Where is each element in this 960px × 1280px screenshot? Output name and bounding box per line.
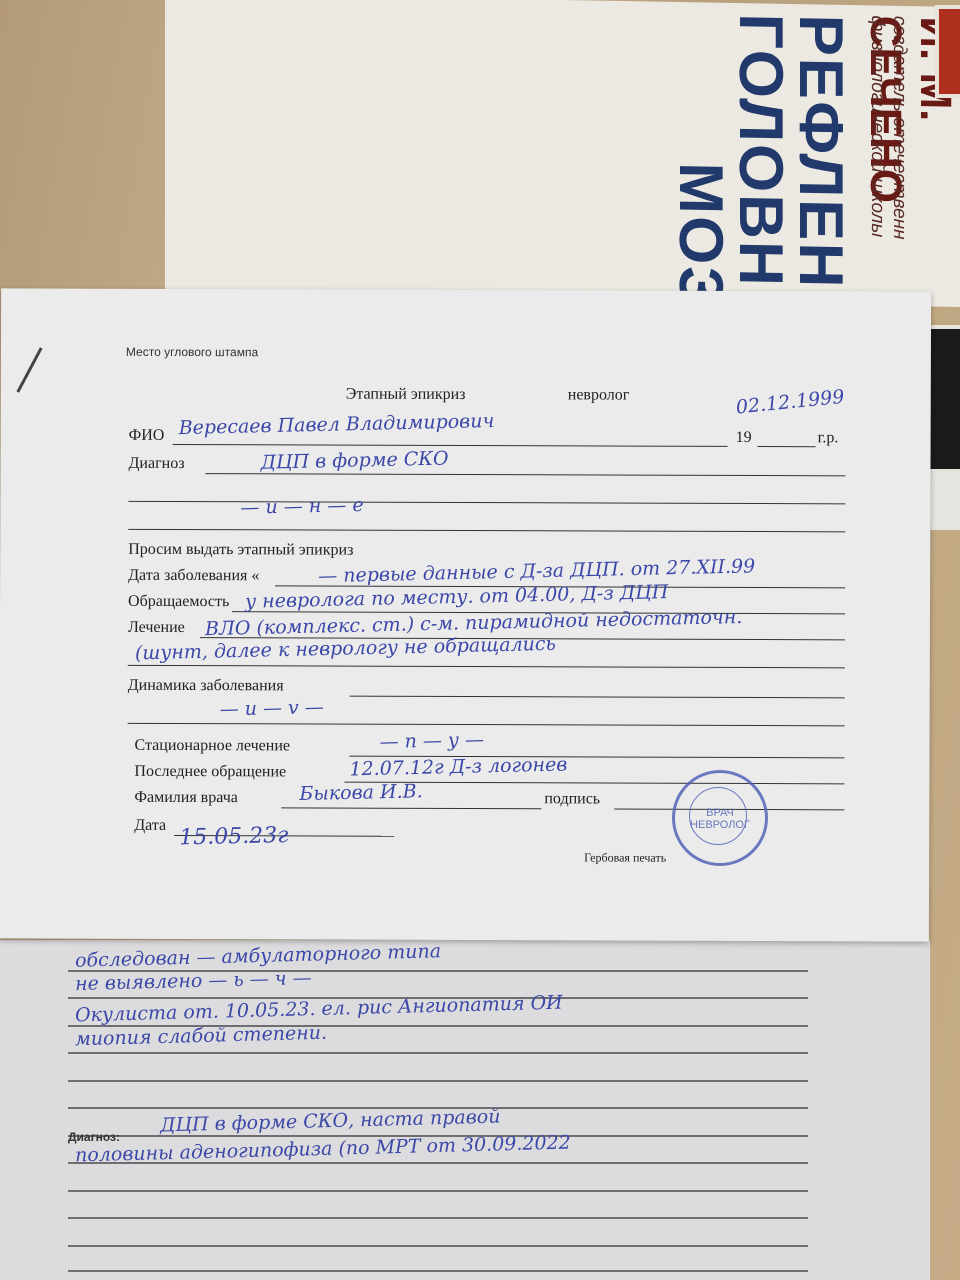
onset-date-label: Дата заболевания «	[128, 567, 259, 585]
book-cover: И. М. СЕЧЕНО создатель отечественн физио…	[165, 0, 960, 307]
sheet2-line-1: обследован — амбулаторного типа	[75, 940, 442, 972]
doctor-label: Фамилия врача	[134, 789, 238, 807]
birth-suffix: г.р.	[818, 429, 839, 447]
fio-value: Вересаев Павел Владимирович	[178, 410, 494, 439]
seal-label: Гербовая печать	[584, 850, 666, 865]
sheet2-diagnosis-value: ДЦП в форме СКО, наста правой	[160, 1106, 501, 1137]
dynamics-value: — и — v —	[219, 696, 324, 720]
inpatient-label: Стационарное лечение	[135, 737, 291, 756]
fio-label: ФИО	[129, 427, 165, 445]
stamp-text: ВРАЧ НЕВРОЛОГ	[675, 807, 765, 831]
treatment-value-2: (шунт, далее к неврологу не обращались	[135, 633, 556, 665]
treatment-label: Лечение	[128, 619, 185, 637]
diagnosis-extra: — и — н — е	[240, 494, 364, 519]
signature-label: подпись	[544, 790, 600, 808]
diagnosis-value: ДЦП в форме СКО	[260, 447, 449, 473]
date-label: Дата	[134, 817, 166, 835]
dynamics-label: Динамика заболевания	[128, 677, 284, 696]
form-title: Этапный эпикриз	[346, 386, 466, 404]
inpatient-value: — п — у —	[379, 729, 484, 753]
last-visit-value: 12.07.12г Д-з логонев	[349, 754, 567, 781]
doctor-value: Быкова И.В.	[299, 780, 423, 805]
birth-prefix: 19	[736, 429, 752, 447]
last-visit-label: Последнее обращение	[134, 763, 286, 782]
birth-date-value: 02.12.1999	[735, 386, 845, 419]
form-specialty: невролог	[568, 386, 630, 404]
book-subtitle-2: физиологической школы	[866, 15, 888, 237]
sheet2-diagnosis-label: Диагноз:	[68, 1130, 120, 1144]
request-label: Просим выдать этапный эпикриз	[128, 541, 353, 560]
date-value: 15.05.23г	[179, 823, 289, 850]
visits-label: Обращаемость	[128, 593, 229, 611]
diagnosis-label: Диагноз	[128, 455, 184, 473]
side-picture-top	[935, 5, 960, 98]
book-title-2: ГОЛОВН	[730, 13, 790, 288]
epicrisis-form: Место углового штампа Этапный эпикриз не…	[0, 288, 931, 941]
doctor-stamp: ВРАЧ НЕВРОЛОГ	[672, 770, 768, 866]
book-subtitle-1: создатель отечественн	[888, 16, 910, 240]
second-sheet: обследован — амбулаторного типа не выявл…	[0, 940, 930, 1280]
stamp-place-label: Место углового штампа	[126, 345, 258, 359]
book-title-1: РЕФЛЕН	[790, 14, 850, 290]
onset-date-value: — первые данные с Д-за ДЦП. от 27.XII.99	[318, 555, 755, 587]
